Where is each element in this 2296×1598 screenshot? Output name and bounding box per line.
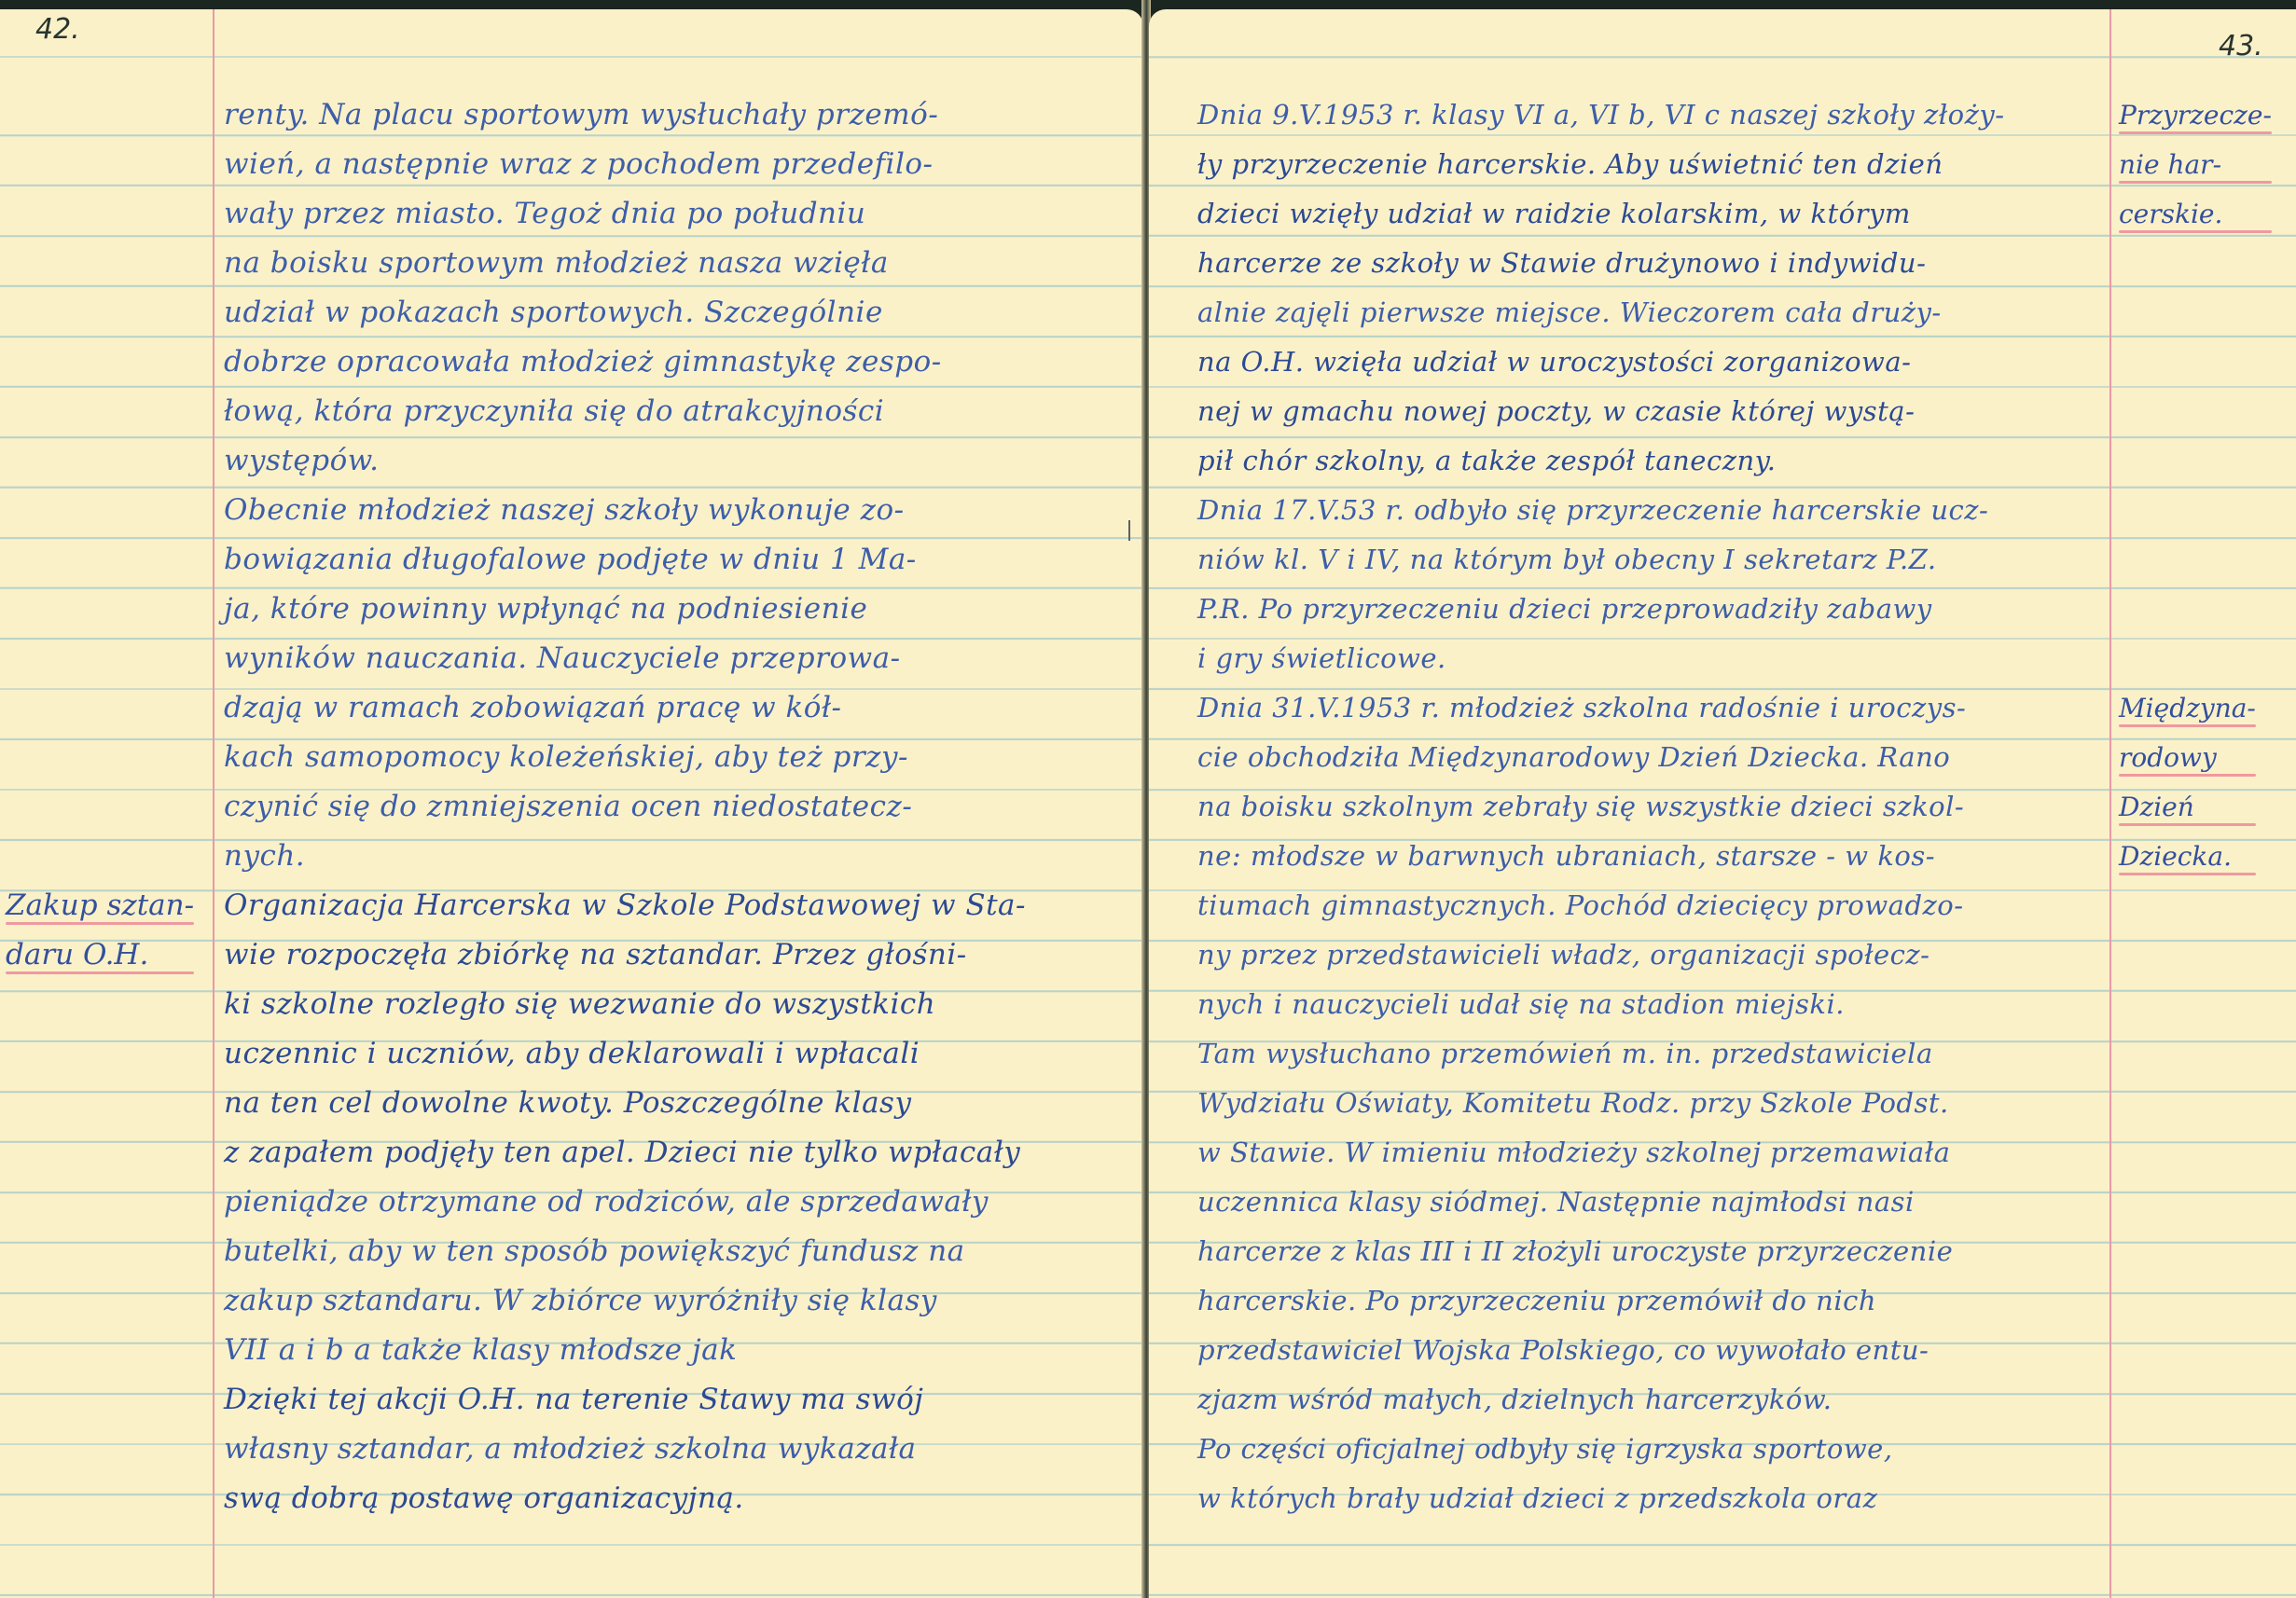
margin-note-przyrzeczenie-harcerskie: Przyrzecze- nie har- cerskie. [2119,90,2272,239]
body-line: VII a i b a także klasy młodsze jak [224,1326,1026,1375]
body-line: wały przez miasto. Tegoż dnia po południ… [224,189,1026,239]
body-line: w Stawie. W imieniu młodzieży szkolnej p… [1197,1128,2005,1178]
right-page-number: 43. [2219,30,2263,62]
body-line: alnie zajęli pierwsze miejsce. Wieczorem… [1197,288,2005,338]
pencil-mark [1128,520,1130,541]
body-line: przedstawiciel Wojska Polskiego, co wywo… [1197,1326,2005,1375]
body-line: wyników nauczania. Nauczyciele przeprowa… [224,634,1026,683]
right-page-body: Dnia 9.V.1953 r. klasy VI a, VI b, VI c … [1197,90,2005,1523]
margin-note-line: cerskie. [2119,189,2272,239]
body-line: Po części oficjalnej odbyły się igrzyska… [1197,1425,2005,1474]
body-line: Tam wysłuchano przemówień m. in. przedst… [1197,1029,2005,1079]
body-line: Wydziału Oświaty, Komitetu Rodz. przy Sz… [1197,1079,2005,1128]
body-line: niów kl. V i IV, na którym był obecny I … [1197,535,2005,585]
body-line: Dnia 17.V.53 r. odbyło się przyrzeczenie… [1197,486,2005,535]
body-line: dobrze opracowała młodzież gimnastykę ze… [224,338,1026,387]
body-line: i gry świetlicowe. [1197,634,2005,683]
margin-note-line: rodowy [2119,733,2256,782]
body-line: ne: młodsze w barwnych ubraniach, starsz… [1197,832,2005,881]
body-line: w których brały udział dzieci z przedszk… [1197,1474,2005,1523]
body-line: ny przez przedstawicieli władz, organiza… [1197,930,2005,980]
body-line: ki szkolne rozległo się wezwanie do wszy… [224,980,1026,1029]
body-line: P.R. Po przyrzeczeniu dzieci przeprowadz… [1197,585,2005,634]
body-line: z zapałem podjęły ten apel. Dzieci nie t… [224,1128,1026,1178]
body-line: nych i nauczycieli udał się na stadion m… [1197,980,2005,1029]
left-page-body: renty. Na placu sportowym wysłuchały prz… [224,90,1026,1523]
body-line: udział w pokazach sportowych. Szczególni… [224,288,1026,338]
body-line: nej w gmachu nowej poczty, w czasie któr… [1197,387,2005,436]
body-line: ły przyrzeczenie harcerskie. Aby uświetn… [1197,140,2005,189]
right-page-margin-line [2109,9,2111,1598]
body-line: uczennica klasy siódmej. Następnie najmł… [1197,1178,2005,1227]
margin-note-line: daru O.H. [6,930,194,980]
left-page-margin-line [213,9,214,1598]
body-line: łową, która przyczyniła się do atrakcyjn… [224,387,1026,436]
margin-note-zakup-sztandaru: Zakup sztan- daru O.H. [6,881,194,980]
body-line: harcerze ze szkoły w Stawie drużynowo i … [1197,239,2005,288]
body-line: Obecnie młodzież naszej szkoły wykonuje … [224,486,1026,535]
body-line: kach samopomocy koleżeńskiej, aby też pr… [224,733,1026,782]
body-line: bowiązania długofalowe podjęte w dniu 1 … [224,535,1026,585]
body-line: nych. [224,832,1026,881]
body-line: na boisku szkolnym zebrały się wszystkie… [1197,782,2005,832]
body-line: ja, które powinny wpłynąć na podniesieni… [224,585,1026,634]
body-line: Dnia 9.V.1953 r. klasy VI a, VI b, VI c … [1197,90,2005,140]
body-line: butelki, aby w ten sposób powiększyć fun… [224,1227,1026,1276]
body-line: na ten cel dowolne kwoty. Poszczególne k… [224,1079,1026,1128]
margin-note-dzien-dziecka: Międzyna- rodowy Dzień Dziecka. [2119,683,2256,881]
margin-note-line: Dzień [2119,782,2256,832]
body-line: występów. [224,436,1026,486]
body-line: pił chór szkolny, a także zespół taneczn… [1197,436,2005,486]
left-page-number: 42. [35,13,80,46]
body-line: zakup sztandaru. W zbiórce wyróżniły się… [224,1276,1026,1326]
right-page: 43. Dnia 9.V.1953 r. klasy VI a, VI b, V… [1149,9,2296,1598]
body-line: dzieci wzięły udział w raidzie kolarskim… [1197,189,2005,239]
margin-note-line: Przyrzecze- [2119,90,2272,140]
body-line: na O.H. wzięła udział w uroczystości zor… [1197,338,2005,387]
body-line: harcerze z klas III i II złożyli uroczys… [1197,1227,2005,1276]
body-line: Organizacja Harcerska w Szkole Podstawow… [224,881,1026,930]
body-line: pieniądze otrzymane od rodziców, ale spr… [224,1178,1026,1227]
body-line: wie rozpoczęła zbiórkę na sztandar. Prze… [224,930,1026,980]
margin-note-line: Dziecka. [2119,832,2256,881]
body-line: własny sztandar, a młodzież szkolna wyka… [224,1425,1026,1474]
body-line: swą dobrą postawę organizacyjną. [224,1474,1026,1523]
body-line: wień, a następnie wraz z pochodem przede… [224,140,1026,189]
body-line: czynić się do zmniejszenia ocen niedosta… [224,782,1026,832]
left-page: 42. renty. Na placu sportowym wysłuchały… [0,9,1143,1598]
body-line: Dzięki tej akcji O.H. na terenie Stawy m… [224,1375,1026,1425]
margin-note-line: Międzyna- [2119,683,2256,733]
body-line: harcerskie. Po przyrzeczeniu przemówił d… [1197,1276,2005,1326]
body-line: zjazm wśród małych, dzielnych harcerzykó… [1197,1375,2005,1425]
body-line: renty. Na placu sportowym wysłuchały prz… [224,90,1026,140]
margin-note-line: nie har- [2119,140,2272,189]
margin-note-line: Zakup sztan- [6,881,194,930]
body-line: uczennic i uczniów, aby deklarowali i wp… [224,1029,1026,1079]
body-line: dzają w ramach zobowiązań pracę w kół- [224,683,1026,733]
body-line: na boisku sportowym młodzież nasza wzięł… [224,239,1026,288]
body-line: Dnia 31.V.1953 r. młodzież szkolna radoś… [1197,683,2005,733]
body-line: tiumach gimnastycznych. Pochód dziecięcy… [1197,881,2005,930]
body-line: cie obchodziła Międzynarodowy Dzień Dzie… [1197,733,2005,782]
